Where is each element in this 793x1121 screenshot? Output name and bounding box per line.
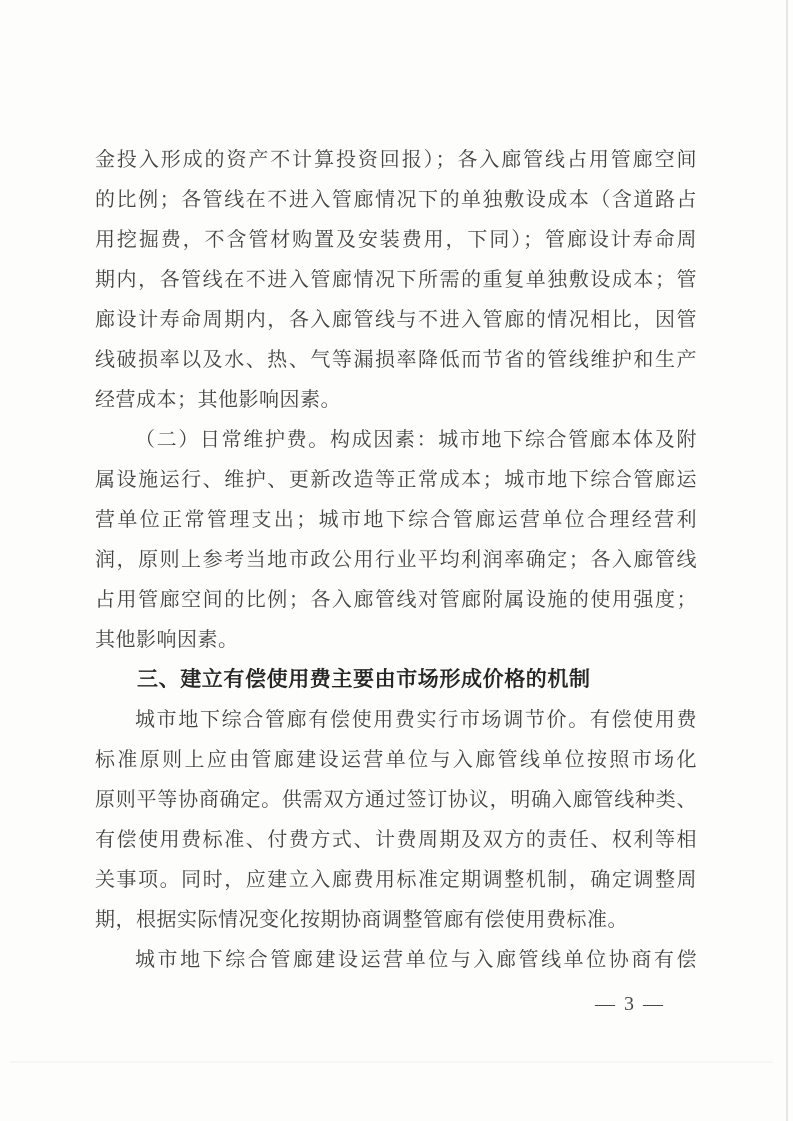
document-page: 金投入形成的资产不计算投资回报）；各入廊管线占用管廊空间 的比例；各管线在不进入… — [0, 0, 793, 1121]
document-text-block: 金投入形成的资产不计算投资回报）；各入廊管线占用管廊空间 的比例；各管线在不进入… — [95, 140, 697, 980]
text-line: 金投入形成的资产不计算投资回报）；各入廊管线占用管廊空间 — [95, 140, 697, 180]
text-line: 用挖掘费，不含管材购置及安装费用，下同）；管廊设计寿命周 — [95, 220, 697, 260]
page-number: — 3 — — [0, 991, 665, 1017]
text-line: 属设施运行、维护、更新改造等正常成本；城市地下综合管廊运 — [95, 460, 697, 500]
text-line: 城市地下综合管廊有偿使用费实行市场调节价。有偿使用费 — [95, 700, 697, 740]
text-line: 占用管廊空间的比例；各入廊管线对管廊附属设施的使用强度； — [95, 580, 697, 620]
text-line: 城市地下综合管廊建设运营单位与入廊管线单位协商有偿 — [95, 940, 697, 980]
scan-artifact-smudge — [10, 1061, 773, 1063]
text-line: 期，根据实际情况变化按期协商调整管廊有偿使用费标准。 — [95, 900, 697, 940]
text-line: 期内，各管线在不进入管廊情况下所需的重复单独敷设成本；管 — [95, 260, 697, 300]
text-line: 线破损率以及水、热、气等漏损率降低而节省的管线维护和生产 — [95, 340, 697, 380]
text-line: 的比例；各管线在不进入管廊情况下的单独敷设成本（含道路占 — [95, 180, 697, 220]
text-line: 原则平等协商确定。供需双方通过签订协议，明确入廊管线种类、 — [95, 780, 697, 820]
text-line: （二）日常维护费。构成因素：城市地下综合管廊本体及附 — [95, 420, 697, 460]
text-line: 营单位正常管理支出；城市地下综合管廊运营单位合理经营利 — [95, 500, 697, 540]
section-heading: 三、建立有偿使用费主要由市场形成价格的机制 — [95, 660, 697, 700]
text-line: 廊设计寿命周期内，各入廊管线与不进入管廊的情况相比，因管 — [95, 300, 697, 340]
text-line: 其他影响因素。 — [95, 620, 697, 660]
text-line: 关事项。同时，应建立入廊费用标准定期调整机制，确定调整周 — [95, 860, 697, 900]
scan-artifact-edge-line — [786, 0, 788, 1121]
text-line: 有偿使用费标准、付费方式、计费周期及双方的责任、权利等相 — [95, 820, 697, 860]
text-line: 润，原则上参考当地市政公用行业平均利润率确定；各入廊管线 — [95, 540, 697, 580]
text-line: 标准原则上应由管廊建设运营单位与入廊管线单位按照市场化 — [95, 740, 697, 780]
text-line: 经营成本；其他影响因素。 — [95, 380, 697, 420]
